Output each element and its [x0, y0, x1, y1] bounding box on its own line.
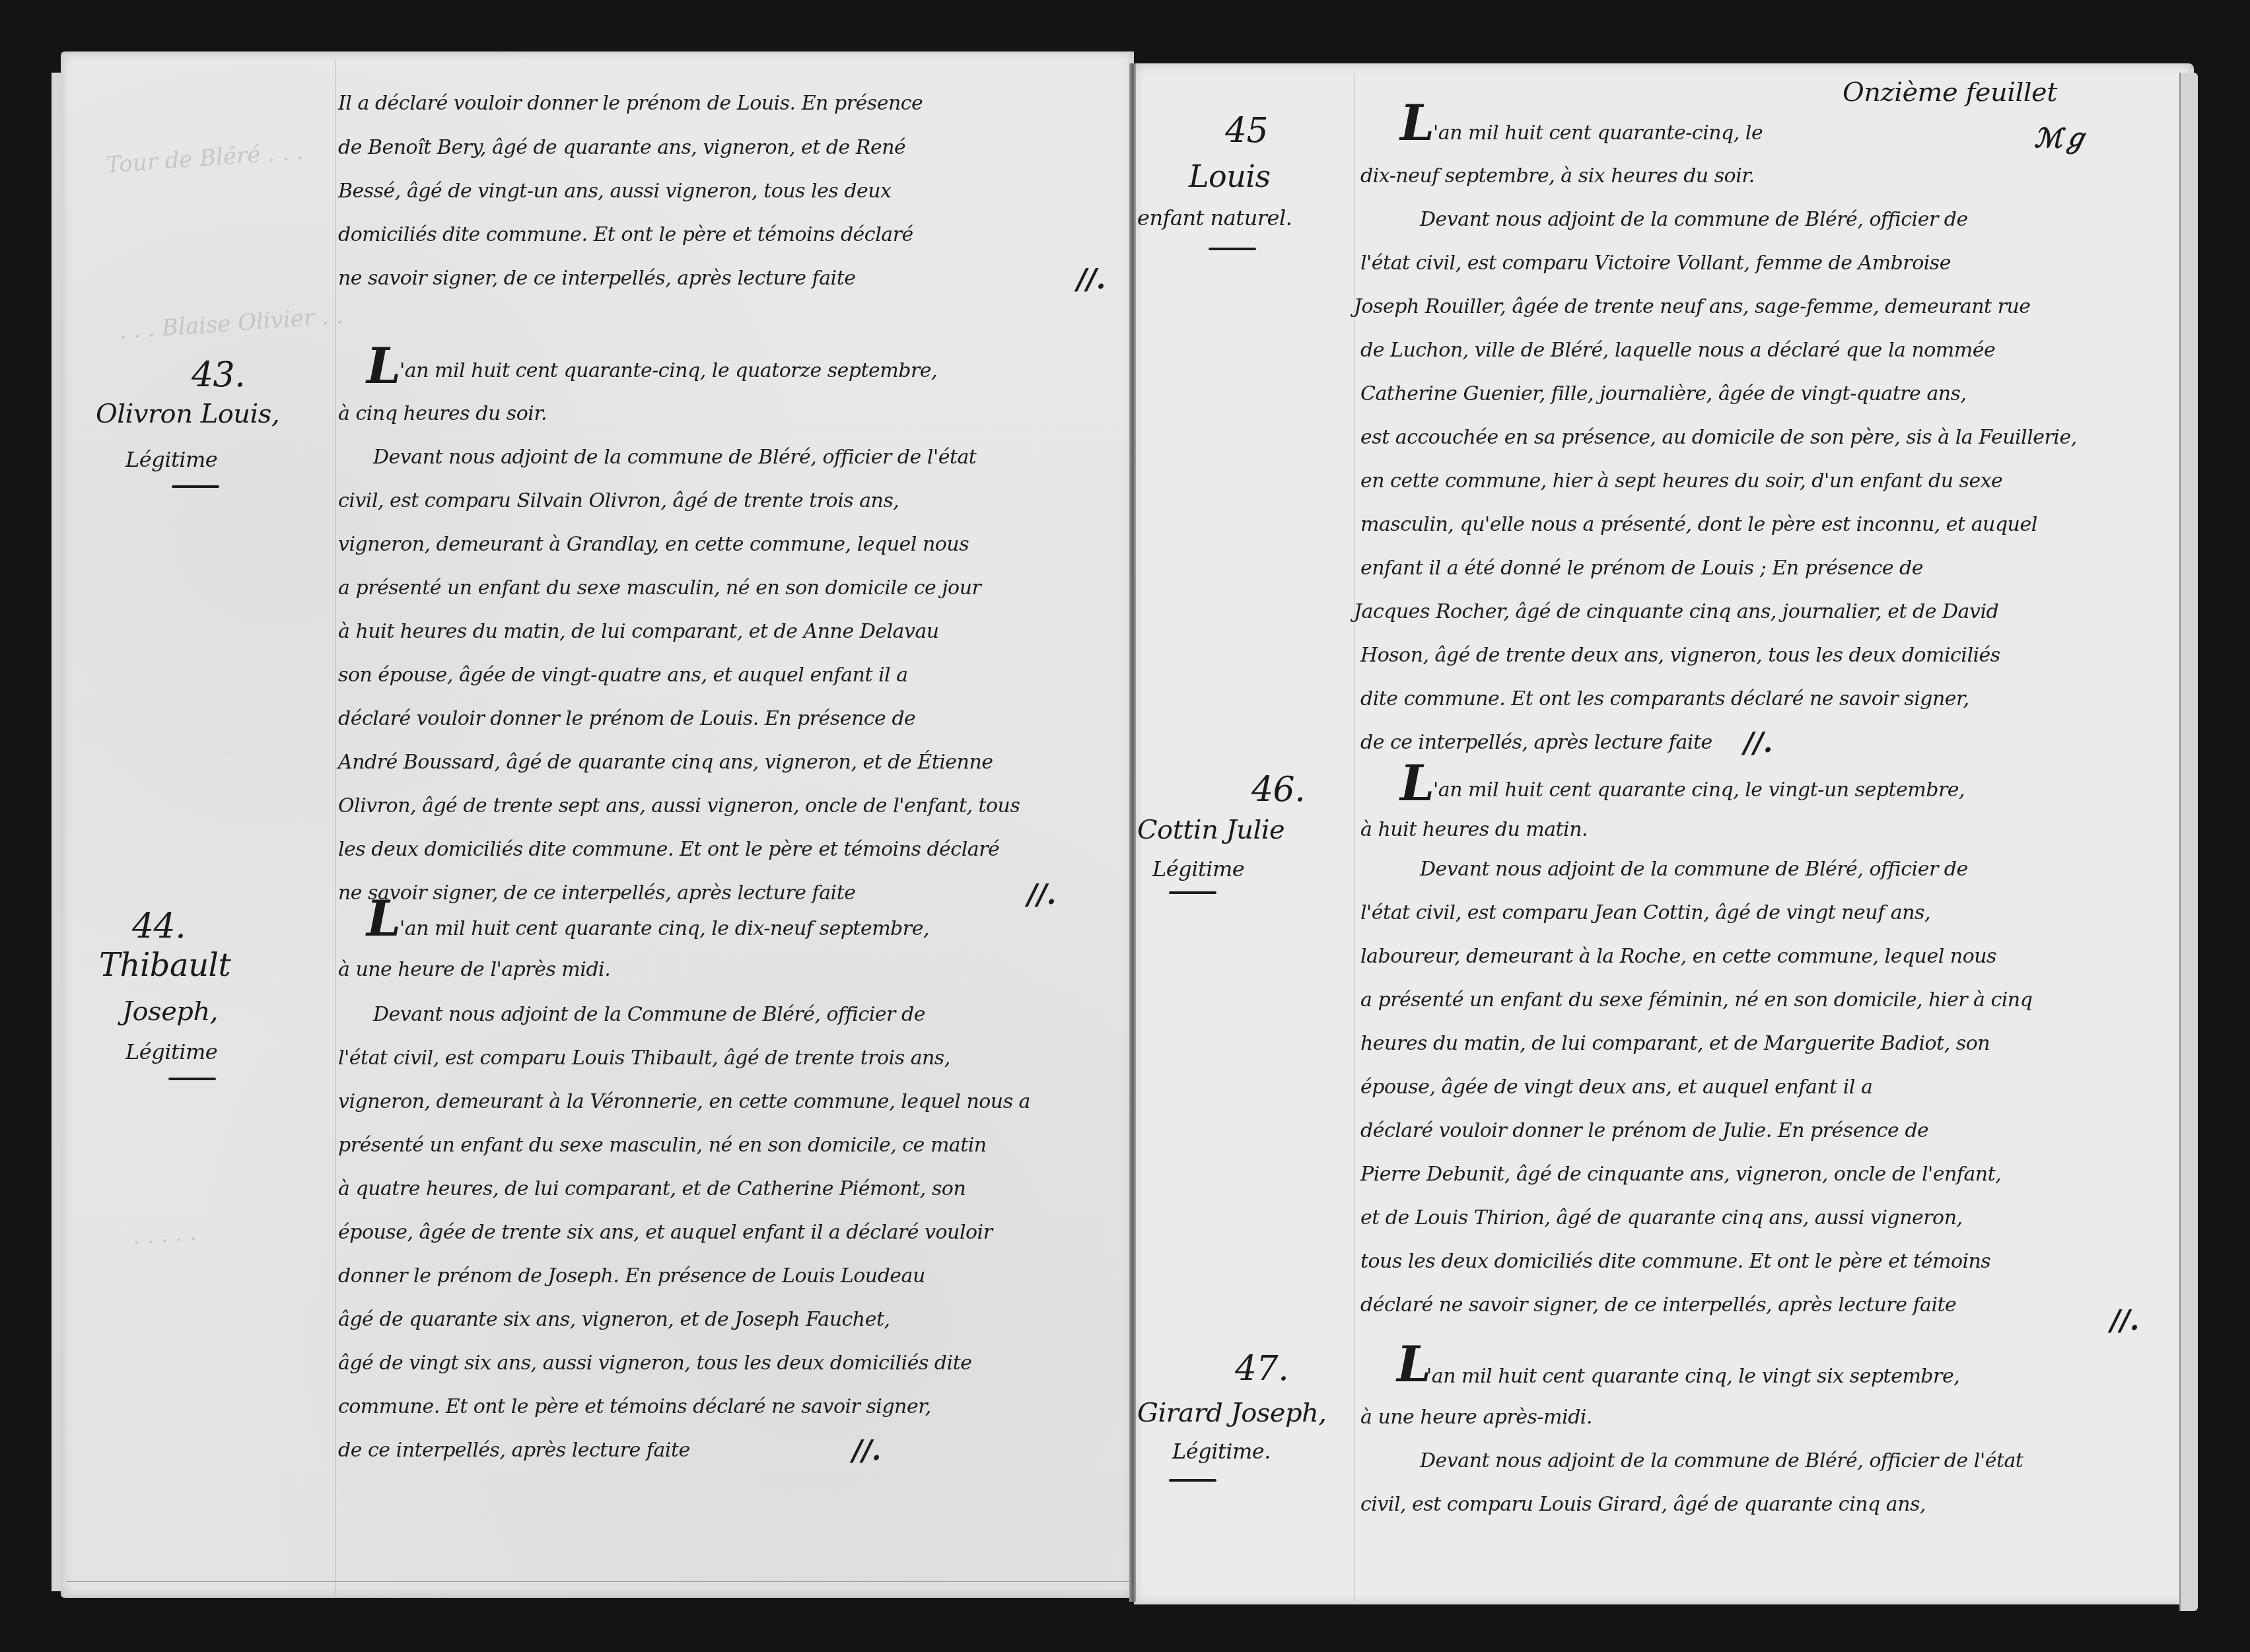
margin-dash [172, 485, 219, 488]
text-line: les deux domiciliés dite commune. Et ont… [338, 839, 999, 861]
margin-status: Légitime [125, 448, 217, 471]
text-line: André Boussard, âgé de quarante cinq ans… [338, 751, 993, 774]
text-line: déclaré vouloir donner le prénom de Juli… [1360, 1120, 1928, 1142]
text-line: Il a déclaré vouloir donner le prénom de… [338, 92, 923, 115]
text-line: tous les deux domiciliés dite commune. E… [1360, 1251, 1990, 1273]
end-mark: //. [2110, 1304, 2139, 1336]
end-mark: //. [1076, 263, 1106, 295]
text-line: à huit heures du matin, de lui comparant… [338, 621, 939, 643]
text-line: vigneron, demeurant à Grandlay, en cette… [338, 533, 969, 556]
text-line: Devant nous adjoint de la commune de Blé… [1420, 1450, 2023, 1472]
text-line: enfant il a été donné le prénom de Louis… [1360, 557, 1923, 580]
text-line: en cette commune, hier à sept heures du … [1360, 470, 2002, 493]
text-line: Devant nous adjoint de la Commune de Blé… [373, 1004, 925, 1026]
text-line: Pierre Debunit, âgé de cinquante ans, vi… [1360, 1163, 2001, 1186]
drop-cap: L [367, 895, 401, 944]
text-line: a présenté un enfant du sexe masculin, n… [338, 577, 981, 600]
margin-child-given-name: Joseph, [122, 997, 218, 1026]
text-line: dix-neuf septembre, à six heures du soir… [1360, 165, 1755, 188]
text-line: laboureur, demeurant à la Roche, en cett… [1360, 946, 1996, 968]
text-line: Devant nous adjoint de la commune de Blé… [373, 446, 976, 469]
text-line: dite commune. Et ont les comparants décl… [1360, 688, 1969, 710]
text-line: Bessé, âgé de vingt-un ans, aussi vigner… [338, 180, 892, 203]
entry-number: 45 [1225, 112, 1268, 149]
margin-child-surname: Thibault [99, 951, 230, 980]
drop-cap: L [1400, 99, 1434, 148]
scanned-register-spread: Tour de Bléré . . . . . . Blaise Olivier… [0, 0, 2250, 1652]
text-line: épouse, âgée de trente six ans, et auque… [338, 1222, 993, 1244]
text-line: de Luchon, ville de Bléré, laquelle nous… [1360, 339, 1995, 362]
text-line: à cinq heures du soir. [338, 403, 547, 425]
text-line: l'état civil, est comparu Victoire Volla… [1360, 252, 1951, 275]
text-line: masculin, qu'elle nous a présenté, dont … [1360, 514, 2037, 536]
margin-child-name: Louis [1189, 162, 1271, 191]
margin-status: Légitime [1152, 857, 1244, 881]
margin-status: Légitime. [1172, 1439, 1271, 1463]
margin-dash [1169, 891, 1216, 894]
folio-note: Onzième feuillet [1843, 78, 2057, 107]
text-line: civil, est comparu Silvain Olivron, âgé … [338, 490, 899, 512]
text-line: à une heure de l'après midi. [338, 959, 610, 981]
entry-number: 47. [1235, 1350, 1288, 1387]
entry-number: 46. [1251, 771, 1305, 808]
margin-dash [168, 1078, 216, 1080]
text-line: Olivron, âgé de trente sept ans, aussi v… [338, 795, 1020, 817]
drop-cap: L [367, 342, 401, 391]
margin-child-name: Cottin Julie [1137, 815, 1284, 844]
text-line: 'an mil huit cent quarante-cinq, le quat… [400, 360, 937, 382]
text-line: 'an mil huit cent quarante-cinq, le [1433, 122, 1763, 145]
text-line: civil, est comparu Louis Girard, âgé de … [1360, 1494, 1926, 1516]
text-line: à quatre heures, de lui comparant, et de… [338, 1178, 966, 1200]
text-line: donner le prénom de Joseph. En présence … [338, 1265, 925, 1288]
text-line: est accouchée en sa présence, au domicil… [1360, 427, 2077, 449]
text-line: âgé de vingt six ans, aussi vigneron, to… [338, 1352, 971, 1375]
text-line: Devant nous adjoint de la commune de Blé… [1420, 858, 1968, 881]
text-line: 'an mil huit cent quarante cinq, le dix-… [400, 918, 929, 940]
text-line: déclaré ne savoir signer, de ce interpel… [1360, 1294, 1956, 1317]
text-line: ne savoir signer, de ce interpellés, apr… [338, 267, 855, 290]
text-line: a présenté un enfant du sexe féminin, né… [1360, 989, 2032, 1012]
drop-cap: L [1400, 759, 1434, 808]
left-bottom-rule [66, 1581, 1129, 1582]
text-line: de Benoît Bery, âgé de quarante ans, vig… [338, 137, 905, 159]
paraph-signature: ℳℊ [2034, 118, 2088, 155]
text-line: vigneron, demeurant à la Véronnerie, en … [338, 1091, 1030, 1113]
entry-number: 43. [192, 357, 245, 394]
margin-dash [1209, 248, 1256, 250]
entry-number: 44. [132, 908, 186, 945]
text-line: l'état civil, est comparu Louis Thibault… [338, 1047, 950, 1070]
text-line: 'an mil huit cent quarante cinq, le ving… [1426, 1365, 1959, 1388]
text-line: épouse, âgée de vingt deux ans, et auque… [1360, 1076, 1872, 1099]
text-line: domiciliés dite commune. Et ont le père … [338, 224, 913, 246]
text-line: déclaré vouloir donner le prénom de Loui… [338, 708, 915, 730]
text-line: commune. Et ont le père et témoins décla… [338, 1396, 931, 1418]
margin-child-name: Olivron Louis, [96, 399, 279, 429]
text-line: Joseph Rouiller, âgée de trente neuf ans… [1354, 296, 2031, 318]
text-line: à huit heures du matin. [1360, 819, 1588, 841]
margin-status: enfant naturel. [1137, 206, 1292, 230]
text-line: de ce interpellés, après lecture faite [1360, 732, 1712, 754]
text-line: présenté un enfant du sexe masculin, né … [338, 1134, 987, 1157]
text-line: 'an mil huit cent quarante cinq, le ving… [1433, 779, 1965, 802]
right-page-edge-stack [2179, 73, 2198, 1611]
drop-cap: L [1397, 1340, 1431, 1389]
text-line: Hoson, âgé de trente deux ans, vigneron,… [1360, 644, 2000, 667]
end-mark: //. [1027, 878, 1056, 911]
text-line: l'état civil, est comparu Jean Cottin, â… [1360, 902, 1930, 924]
text-line: Jacques Rocher, âgé de cinquante cinq an… [1354, 601, 1998, 623]
left-margin-rule [335, 59, 336, 1595]
text-line: Catherine Guenier, fille, journalière, â… [1360, 383, 1967, 405]
margin-status: Légitime [125, 1040, 217, 1064]
text-line: à une heure après-midi. [1360, 1406, 1592, 1429]
text-line: âgé de quarante six ans, vigneron, et de… [338, 1309, 890, 1331]
book-gutter [1129, 63, 1136, 1602]
text-line: ne savoir signer, de ce interpellés, apr… [338, 882, 855, 905]
margin-child-name: Girard Joseph, [1137, 1398, 1327, 1428]
text-line: Devant nous adjoint de la commune de Blé… [1420, 209, 1968, 231]
end-mark: //. [852, 1434, 881, 1466]
text-line: heures du matin, de lui comparant, et de… [1360, 1033, 1990, 1055]
bleed-through-text: . . . . . [131, 1220, 197, 1251]
text-line: de ce interpellés, après lecture faite [338, 1439, 690, 1462]
end-mark: //. [1743, 726, 1773, 759]
text-line: son épouse, âgée de vingt-quatre ans, et… [338, 664, 908, 687]
margin-dash [1169, 1479, 1216, 1482]
text-line: et de Louis Thirion, âgé de quarante cin… [1360, 1207, 1963, 1229]
